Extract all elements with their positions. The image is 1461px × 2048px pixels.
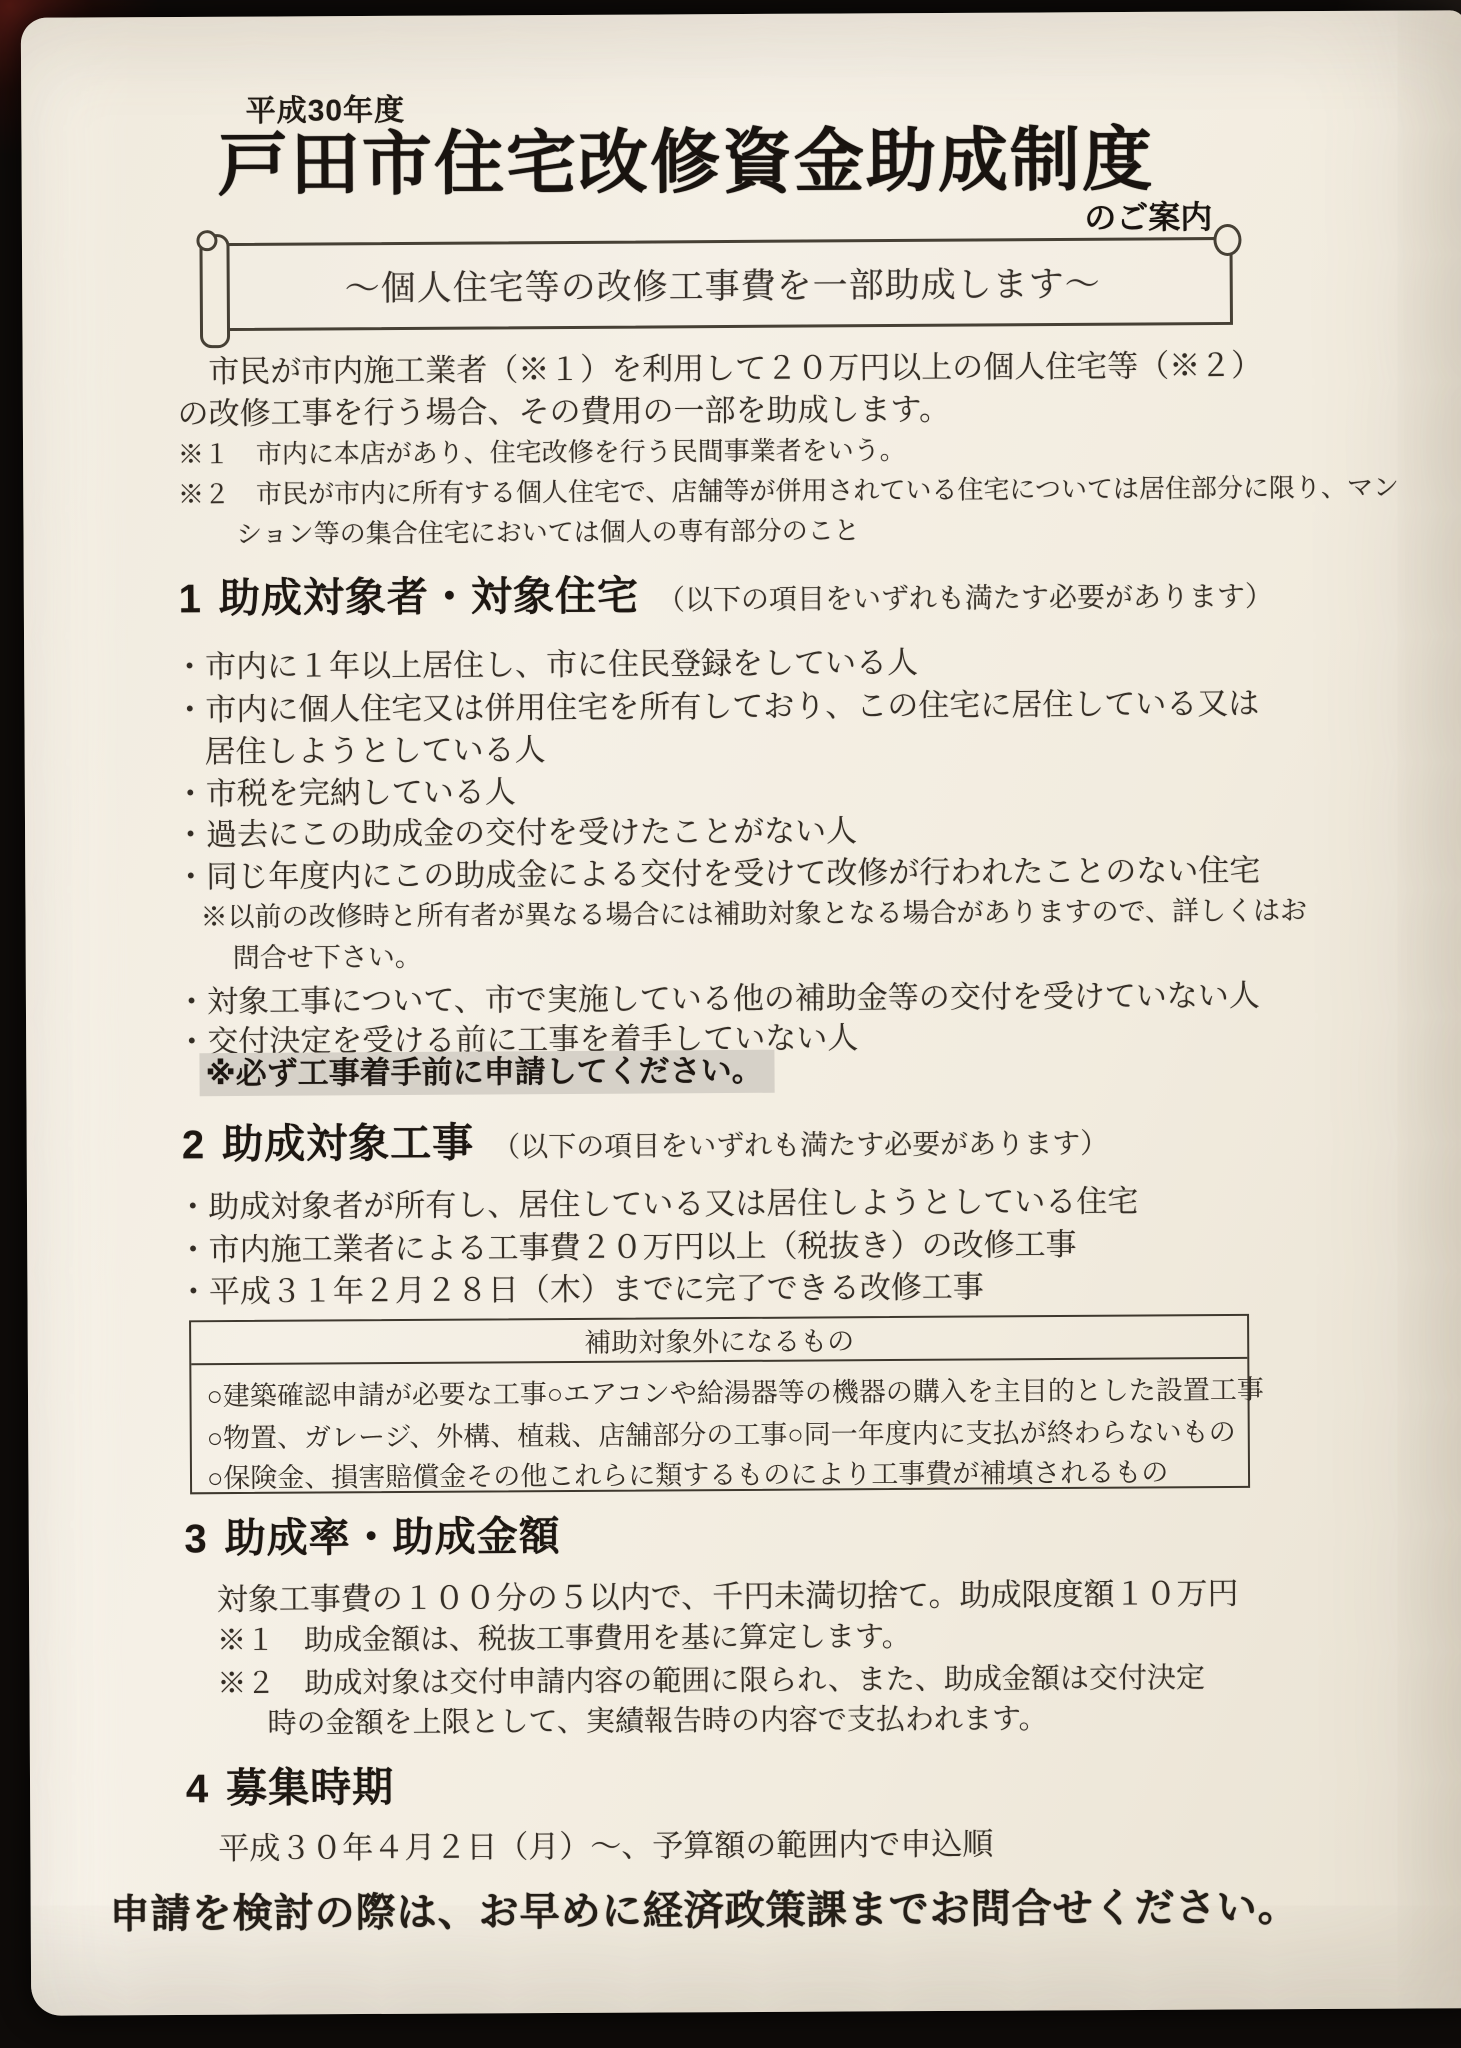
section-1-heading: 1 助成対象者・対象住宅 （以下の項目をいずれも満たす必要があります） bbox=[178, 567, 1273, 625]
exclusion-item: ○保険金、損害賠償金その他これらに類するものにより工事費が補填されるもの bbox=[207, 1450, 1169, 1495]
title-suffix: のご案内 bbox=[1084, 197, 1212, 238]
highlight-warning-text: ※必ず工事着手前に申請してください。 bbox=[199, 1050, 774, 1097]
section-1-sub-note-wrap: 問合せ下さい。 bbox=[233, 941, 422, 976]
exclusion-item: ○物置、ガレージ、外構、植栽、店舗部分の工事○同一年度内に支払が終わらないもの bbox=[207, 1410, 1236, 1455]
section-2-bullet: ・平成３１年２月２８日（木）までに完了できる改修工事 bbox=[178, 1268, 984, 1312]
exclusion-item: ○建築確認申請が必要な工事○エアコンや給湯器等の機器の購入を主目的とした設置工事 bbox=[206, 1368, 1263, 1413]
intro-line-2: の改修工事を行う場合、その費用の一部を助成します。 bbox=[177, 391, 950, 434]
section-3-note-2-line-1: ※２ 助成対象は交付申請内容の範囲に限られ、また、助成金額は交付決定 bbox=[217, 1660, 1205, 1702]
section-1-heading-note: （以下の項目をいずれも満たす必要があります） bbox=[657, 580, 1273, 619]
section-2-heading-note: （以下の項目をいずれも満たす必要があります） bbox=[492, 1127, 1108, 1166]
section-2-heading: 2 助成対象工事 （以下の項目をいずれも満たす必要があります） bbox=[182, 1114, 1109, 1171]
photographed-document: 平成30年度 戸田市住宅改修資金助成制度 のご案内 ～個人住宅等の改修工事費を一… bbox=[0, 0, 1461, 2048]
section-3-note-1: ※１ 助成金額は、税抜工事費用を基に算定します。 bbox=[217, 1619, 911, 1659]
section-1-sub-note: ※以前の改修時と所有者が異なる場合には補助対象となる場合がありますので、詳しくは… bbox=[200, 894, 1307, 935]
scroll-curl-top-left-icon bbox=[196, 230, 217, 251]
section-2-bullet: ・助成対象者が所有し、居住している又は居住しようとしている住宅 bbox=[177, 1183, 1138, 1228]
section-3-line-1: 対象工事費の１００分の５以内で、千円未満切捨て。助成限度額１０万円 bbox=[217, 1575, 1239, 1620]
section-1-bullet: ・過去にこの助成金の交付を受けたことがない人 bbox=[175, 812, 857, 855]
section-1-bullet: ・対象工事について、市で実施している他の補助金等の交付を受けていない人 bbox=[176, 977, 1260, 1022]
exclusion-box-header: 補助対象外になるもの bbox=[191, 1316, 1247, 1365]
banner-scroll-box: ～個人住宅等の改修工事費を一部助成します～ bbox=[212, 237, 1233, 331]
section-1-title: 助成対象者・対象住宅 bbox=[219, 571, 639, 625]
footer-contact-line: 申請を検討の際は、お早めに経済政策課までお問合せください。 bbox=[110, 1883, 1299, 1940]
intro-line-1: 市民が市内施工業者（※１）を利用して２０万円以上の個人住宅等（※２） bbox=[177, 347, 1262, 392]
section-3-number: 3 bbox=[184, 1514, 207, 1564]
section-2-number: 2 bbox=[182, 1120, 205, 1170]
section-1-bullet: ・市内に１年以上居住し、市に住民登録をしている人 bbox=[174, 644, 918, 687]
section-3-heading: 3 助成率・助成金額 bbox=[184, 1511, 561, 1565]
section-1-bullet-wrap: 居住しようとしている人 bbox=[204, 731, 545, 772]
section-2-bullet: ・市内施工業者による工事費２０万円以上（税抜き）の改修工事 bbox=[178, 1226, 1077, 1270]
section-1-bullet: ・同じ年度内にこの助成金による交付を受けて改修が行われたことのない住宅 bbox=[175, 852, 1260, 897]
section-3-title: 助成率・助成金額 bbox=[224, 1511, 560, 1564]
section-3-note-2-line-2: 時の金額を上限として、実績報告時の内容で支払われます。 bbox=[267, 1701, 1047, 1742]
intro-note-1: ※１ 市内に本店があり、住宅改修を行う民間事業者をいう。 bbox=[178, 435, 906, 472]
highlight-warning: ※必ず工事着手前に申請してください。 bbox=[199, 1052, 774, 1094]
section-1-number: 1 bbox=[178, 574, 201, 624]
exclusion-box: 補助対象外になるもの ○建築確認申請が必要な工事○エアコンや給湯器等の機器の購入… bbox=[189, 1314, 1250, 1494]
section-2-title: 助成対象工事 bbox=[222, 1118, 474, 1171]
document-content: 平成30年度 戸田市住宅改修資金助成制度 のご案内 ～個人住宅等の改修工事費を一… bbox=[0, 0, 1461, 2048]
section-4-heading: 4 募集時期 bbox=[186, 1762, 395, 1815]
section-4-title: 募集時期 bbox=[226, 1762, 394, 1814]
section-4-number: 4 bbox=[186, 1764, 209, 1814]
intro-note-2-line-1: ※２ 市民が市内に所有する個人住宅で、店舗等が併用されている住宅については居住部… bbox=[178, 472, 1399, 512]
intro-note-2-line-2: ション等の集合住宅においては個人の専有部分のこと bbox=[236, 515, 860, 551]
banner-text: ～個人住宅等の改修工事費を一部助成します～ bbox=[215, 240, 1229, 328]
section-1-bullet: ・市内に個人住宅又は併用住宅を所有しており、この住宅に居住している又は bbox=[174, 685, 1259, 730]
section-1-bullet: ・市税を完納している人 bbox=[175, 773, 516, 814]
document-title: 戸田市住宅改修資金助成制度 bbox=[218, 117, 1155, 210]
section-4-line-1: 平成３０年４月２日（月）～、予算額の範囲内で申込順 bbox=[218, 1825, 993, 1868]
